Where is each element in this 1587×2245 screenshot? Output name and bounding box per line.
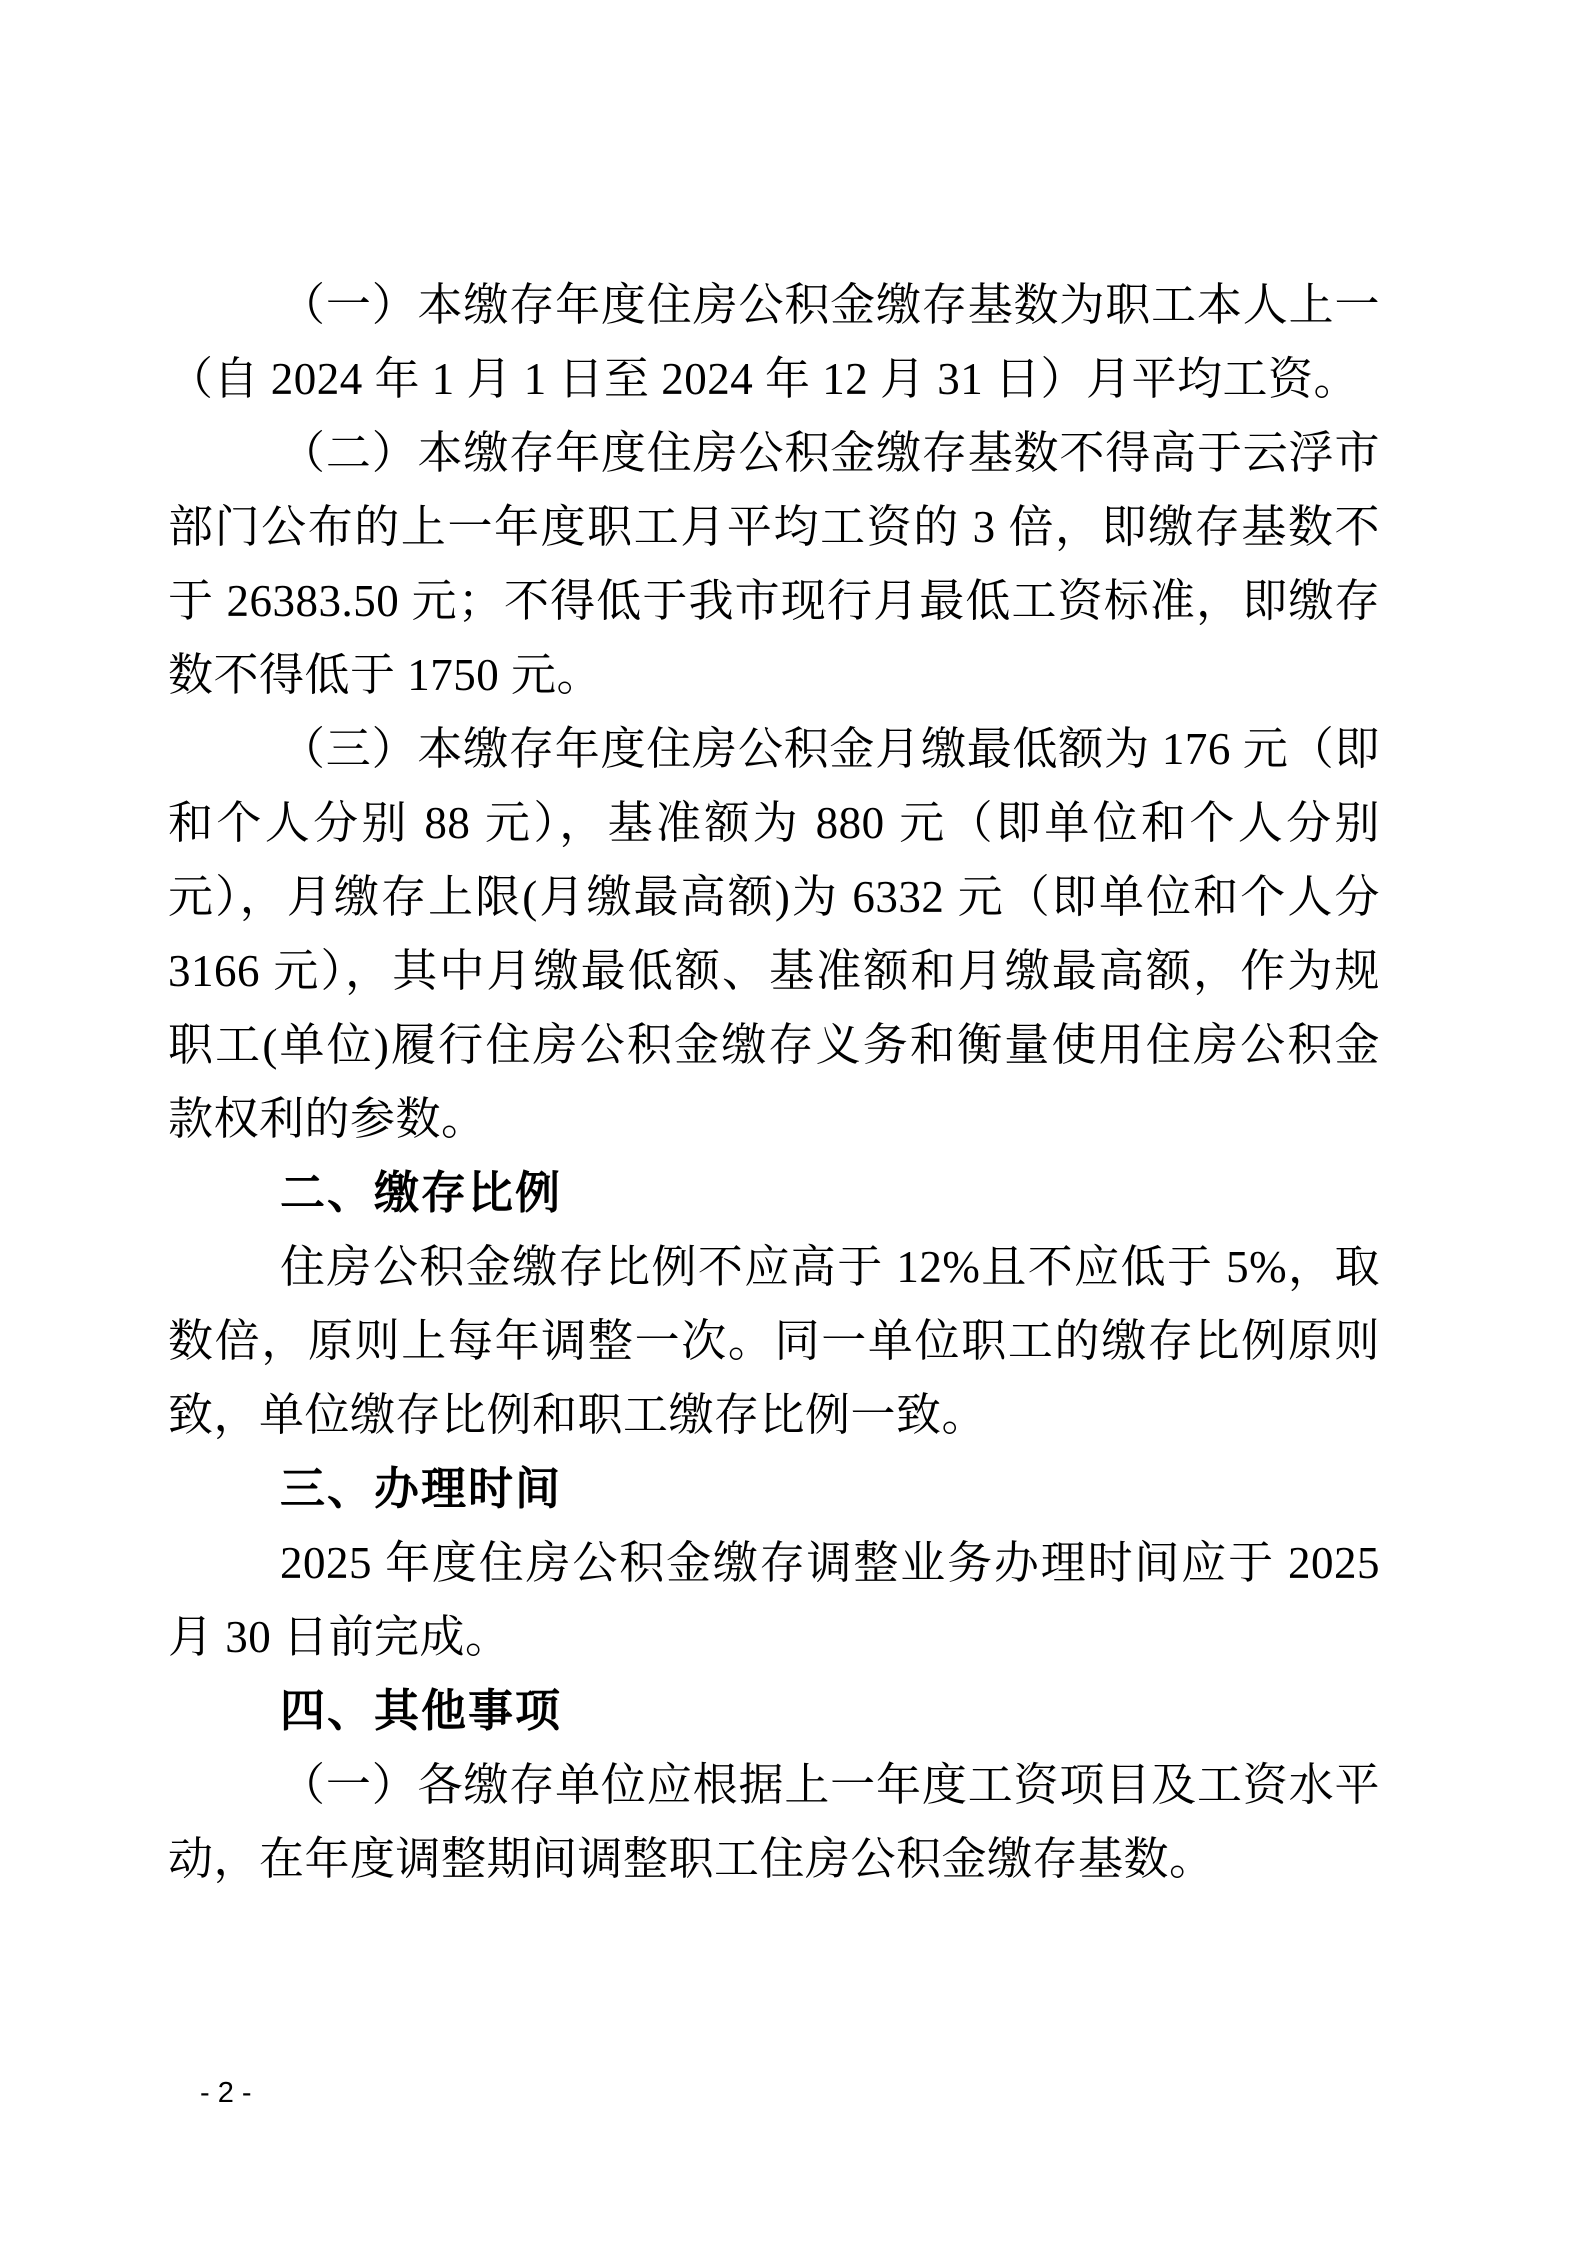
- section-heading: 三、办理时间: [168, 1452, 1380, 1526]
- text-line: 和个人分别 88 元），基准额为 880 元（即单位和个人分别 440: [168, 786, 1380, 860]
- page-number: - 2 -: [200, 2076, 252, 2110]
- text-line: 2025 年度住房公积金缴存调整业务办理时间应于 2025 年 9: [168, 1526, 1380, 1600]
- text-line: 数倍，原则上每年调整一次。同一单位职工的缴存比例原则上一: [168, 1304, 1380, 1378]
- document-body: （一）本缴存年度住房公积金缴存基数为职工本人上一年度（自 2024 年 1 月 …: [168, 268, 1380, 1896]
- text-line: 住房公积金缴存比例不应高于 12%且不应低于 5%，取 1%整: [168, 1230, 1380, 1304]
- text-line: （一）各缴存单位应根据上一年度工资项目及工资水平变: [168, 1748, 1380, 1822]
- section-heading: 二、缴存比例: [168, 1156, 1380, 1230]
- text-line: （二）本缴存年度住房公积金缴存基数不得高于云浮市统计: [168, 416, 1380, 490]
- section-heading: 四、其他事项: [168, 1674, 1380, 1748]
- text-line: 部门公布的上一年度职工月平均工资的 3 倍，即缴存基数不得高: [168, 490, 1380, 564]
- text-line: 职工(单位)履行住房公积金缴存义务和衡量使用住房公积金贷: [168, 1008, 1380, 1082]
- text-line: 动，在年度调整期间调整职工住房公积金缴存基数。: [168, 1822, 1380, 1896]
- text-line: （一）本缴存年度住房公积金缴存基数为职工本人上一年度: [168, 268, 1380, 342]
- text-line: （三）本缴存年度住房公积金月缴最低额为 176 元（即单位: [168, 712, 1380, 786]
- text-line: 3166 元），其中月缴最低额、基准额和月缴最高额，作为规范: [168, 934, 1380, 1008]
- text-line: 致，单位缴存比例和职工缴存比例一致。: [168, 1378, 1380, 1452]
- text-line: 元），月缴存上限(月缴最高额)为 6332 元（即单位和个人分别: [168, 860, 1380, 934]
- text-line: 月 30 日前完成。: [168, 1600, 1380, 1674]
- text-line: 数不得低于 1750 元。: [168, 638, 1380, 712]
- text-line: （自 2024 年 1 月 1 日至 2024 年 12 月 31 日）月平均工…: [168, 342, 1380, 416]
- text-line: 款权利的参数。: [168, 1082, 1380, 1156]
- text-line: 于 26383.50 元；不得低于我市现行月最低工资标准，即缴存基: [168, 564, 1380, 638]
- document-page: （一）本缴存年度住房公积金缴存基数为职工本人上一年度（自 2024 年 1 月 …: [0, 0, 1587, 2245]
